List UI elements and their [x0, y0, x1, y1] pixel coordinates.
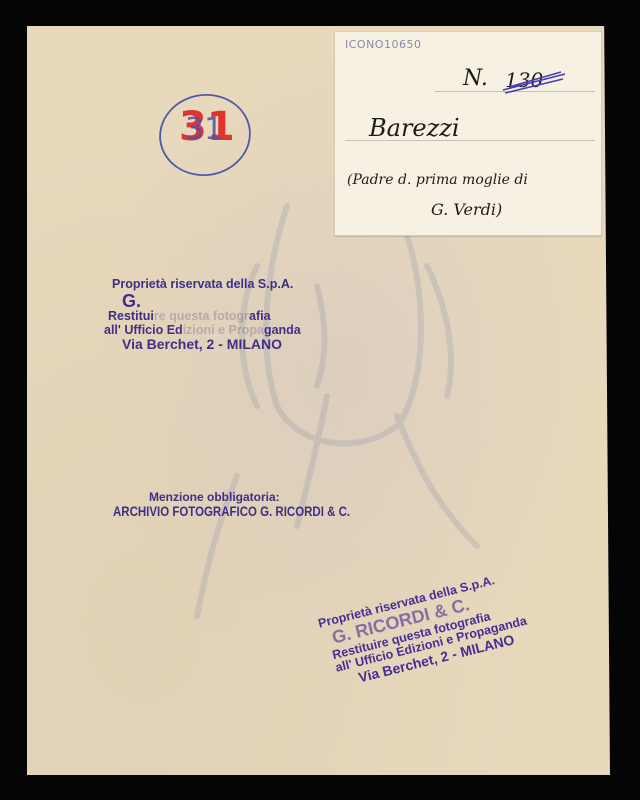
document-paper: 31 31 ICONO10650 N. 130 Barezzi (Padre d…: [27, 26, 610, 775]
catalog-label-card: ICONO10650 N. 130 Barezzi (Padre d. prim…: [334, 31, 602, 236]
ownership-stamp-top: Proprietà riservata della S.p.A. G. Rest…: [112, 278, 301, 353]
subject-note-line2: G. Verdi): [431, 200, 502, 219]
credit-stamp: Menzione obbligatoria: ARCHIVIO FOTOGRAF…: [113, 491, 402, 520]
strike-through-mark: [501, 70, 567, 94]
stamp-line: all' Ufficio Edizioni e Propaganda: [104, 324, 301, 338]
subject-name: Barezzi: [369, 114, 460, 142]
stamp-line: Proprietà riservata della S.p.A.: [112, 278, 301, 292]
stamp-line: Via Berchet, 2 - MILANO: [122, 337, 301, 352]
inventory-code: ICONO10650: [345, 38, 421, 51]
stamp-line: Restituire questa fotografia: [108, 310, 301, 324]
circled-catalog-number: 31 31: [157, 90, 253, 180]
label-number-prefix: N.: [463, 66, 488, 91]
stamp-line: G.: [122, 292, 301, 310]
blue-pencil-number: 31: [185, 112, 223, 147]
subject-note-line1: (Padre d. prima moglie di: [347, 172, 528, 188]
credit-line: ARCHIVIO FOTOGRAFICO G. RICORDI & C.: [113, 504, 350, 519]
